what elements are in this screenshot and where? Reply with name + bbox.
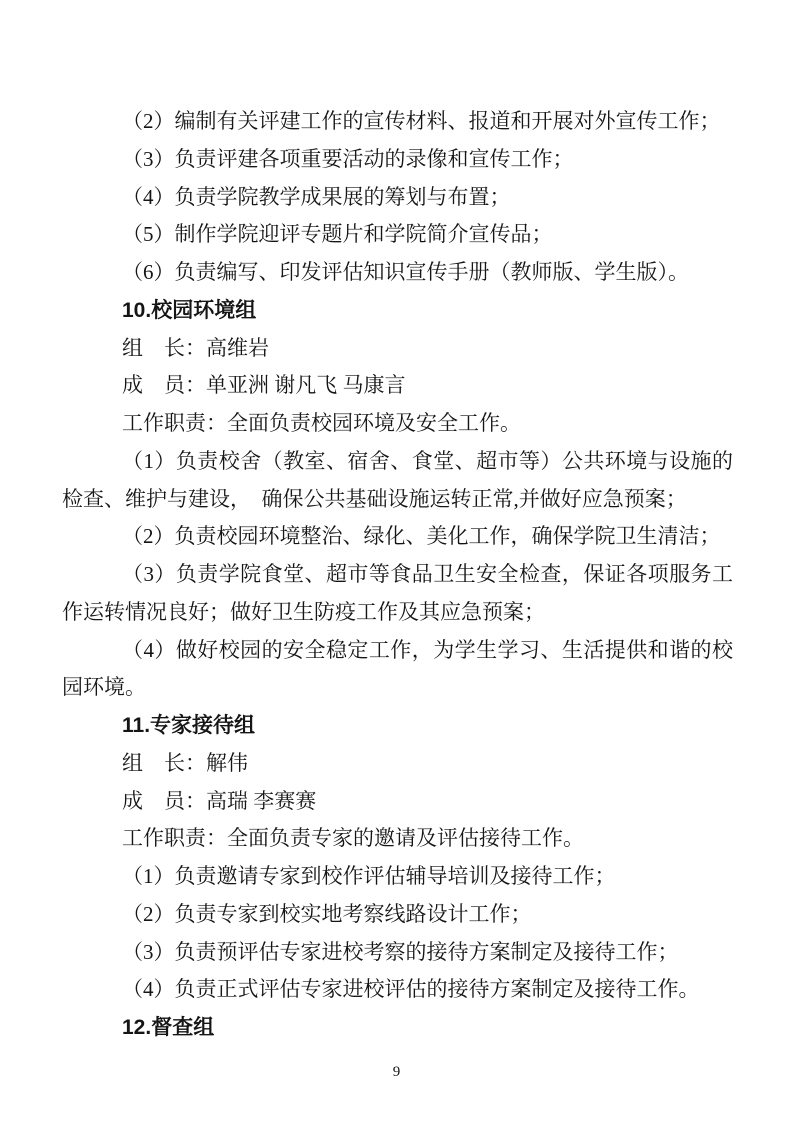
paragraph: （2）负责校园环境整治、绿化、美化工作，确保学院卫生清洁； [62, 518, 733, 556]
paragraph: （3）负责评建各项重要活动的录像和宣传工作； [62, 141, 733, 179]
paragraph: （2）负责专家到校实地考察线路设计工作； [62, 896, 733, 934]
paragraph: 组 长：解伟 [62, 745, 733, 783]
section-heading: 10.校园环境组 [62, 292, 733, 330]
section-heading: 11.专家接待组 [62, 707, 733, 745]
paragraph: （3）负责预评估专家进校考察的接待方案制定及接待工作； [62, 934, 733, 972]
document-page: （2）编制有关评建工作的宣传材料、报道和开展对外宣传工作；（3）负责评建各项重要… [0, 0, 793, 1122]
paragraph: 成 员：高瑞 李赛赛 [62, 783, 733, 821]
paragraph: （3）负责学院食堂、超市等食品卫生安全检查，保证各项服务工作运转情况良好；做好卫… [62, 556, 733, 632]
paragraph: 工作职责：全面负责专家的邀请及评估接待工作。 [62, 820, 733, 858]
paragraph: 组 长：高维岩 [62, 330, 733, 368]
paragraph: （4）负责正式评估专家进校评估的接待方案制定及接待工作。 [62, 971, 733, 1009]
paragraph: （1）负责校舍（教室、宿舍、食堂、超市等）公共环境与设施的检查、维护与建设， 确… [62, 443, 733, 519]
paragraph: （1）负责邀请专家到校作评估辅导培训及接待工作； [62, 858, 733, 896]
section-heading: 12.督查组 [62, 1009, 733, 1047]
paragraph: （4）做好校园的安全稳定工作，为学生学习、生活提供和谐的校园环境。 [62, 632, 733, 708]
paragraph: 工作职责：全面负责校园环境及安全工作。 [62, 405, 733, 443]
paragraph: 成 员：单亚洲 谢凡飞 马康言 [62, 367, 733, 405]
paragraph: （6）负责编写、印发评估知识宣传手册（教师版、学生版）。 [62, 254, 733, 292]
paragraph: （5）制作学院迎评专题片和学院简介宣传品； [62, 216, 733, 254]
paragraph: （2）编制有关评建工作的宣传材料、报道和开展对外宣传工作； [62, 103, 733, 141]
paragraph: （4）负责学院教学成果展的筹划与布置； [62, 179, 733, 217]
page-number: 9 [0, 1064, 793, 1081]
document-body: （2）编制有关评建工作的宣传材料、报道和开展对外宣传工作；（3）负责评建各项重要… [0, 0, 793, 1047]
